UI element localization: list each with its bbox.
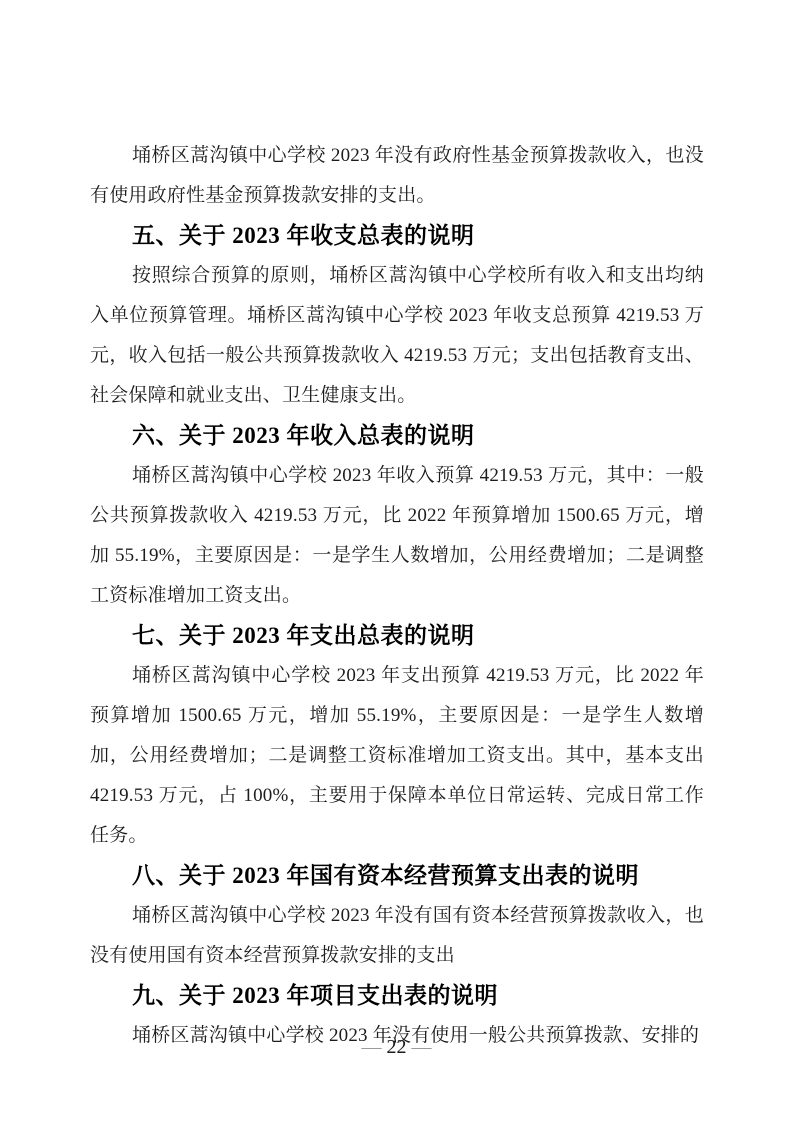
- footer-dash-left: —: [362, 1036, 382, 1058]
- body-paragraph: 按照综合预算的原则，埇桥区蒿沟镇中心学校所有收入和支出均纳入单位预算管理。埇桥区…: [90, 256, 704, 416]
- body-paragraph: 埇桥区蒿沟镇中心学校 2023 年支出预算 4219.53 万元，比 2022 …: [90, 656, 704, 856]
- section-heading: 五、关于 2023 年收支总表的说明: [90, 216, 704, 256]
- body-paragraph: 埇桥区蒿沟镇中心学校 2023 年收入预算 4219.53 万元，其中：一般公共…: [90, 456, 704, 616]
- footer-dash-right: —: [412, 1036, 432, 1058]
- document-page: 埇桥区蒿沟镇中心学校 2023 年没有政府性基金预算拨款收入，也没有使用政府性基…: [0, 0, 793, 1122]
- body-paragraph: 埇桥区蒿沟镇中心学校 2023 年没有政府性基金预算拨款收入，也没有使用政府性基…: [90, 136, 704, 216]
- body-paragraph: 埇桥区蒿沟镇中心学校 2023 年没有国有资本经营预算拨款收入，也没有使用国有资…: [90, 896, 704, 976]
- section-heading: 六、关于 2023 年收入总表的说明: [90, 416, 704, 456]
- section-heading: 九、关于 2023 年项目支出表的说明: [90, 976, 704, 1016]
- section-heading: 八、关于 2023 年国有资本经营预算支出表的说明: [90, 856, 704, 896]
- section-heading: 七、关于 2023 年支出总表的说明: [90, 616, 704, 656]
- page-number: 22: [387, 1036, 407, 1058]
- page-footer: —22—: [0, 1031, 793, 1063]
- document-body: 埇桥区蒿沟镇中心学校 2023 年没有政府性基金预算拨款收入，也没有使用政府性基…: [90, 136, 704, 1056]
